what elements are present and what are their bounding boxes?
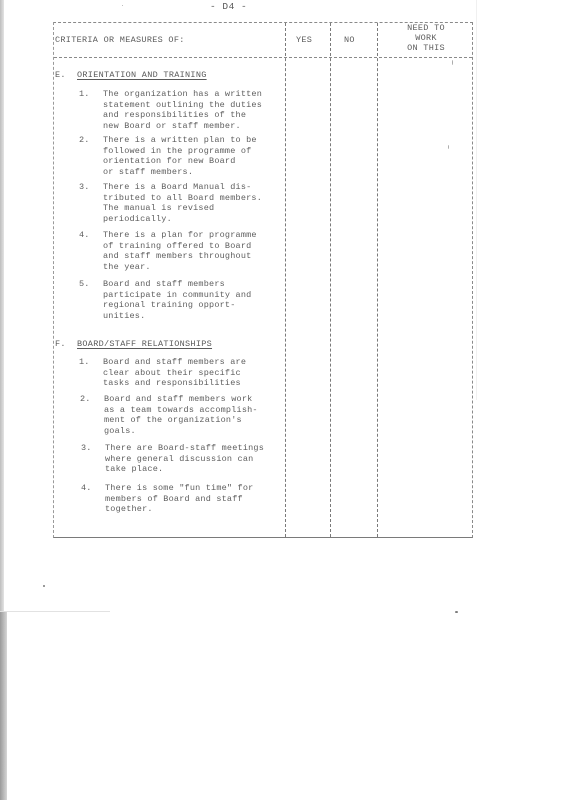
section-title-orientation-training: E.ORIENTATION AND TRAINING <box>55 70 207 80</box>
item-number: 2. <box>79 135 99 146</box>
item-text: There is a plan for programme of trainin… <box>103 230 303 272</box>
scan-speck <box>448 145 449 149</box>
item-number: 5. <box>79 279 99 290</box>
item-text: Board and staff members participate in c… <box>103 279 303 321</box>
section-letter: F. <box>55 339 77 349</box>
criteria-table: CRITERIA OR MEASURES OF: YES NO NEED TO … <box>53 22 473 538</box>
header-divider <box>54 57 472 58</box>
item-text: There is some "fun time" for members of … <box>105 483 305 515</box>
item-text: Board and staff members are clear about … <box>103 357 303 389</box>
item-number: 4. <box>79 230 99 241</box>
scan-fold-line <box>0 611 110 612</box>
section-title-board-staff-relationships: F.BOARD/STAFF RELATIONSHIPS <box>55 339 212 349</box>
item-text: The organization has a written statement… <box>103 89 303 131</box>
section-label: BOARD/STAFF RELATIONSHIPS <box>77 339 212 349</box>
column-divider-no <box>330 23 331 537</box>
page-number: - D4 - <box>210 1 247 12</box>
item-number: 4. <box>81 483 101 494</box>
header-no: NO <box>344 35 355 45</box>
scan-speck <box>122 5 123 6</box>
item-number: 3. <box>81 443 101 454</box>
column-divider-need-to-work <box>377 23 378 537</box>
item-text: There is a Board Manual dis- tributed to… <box>103 182 303 224</box>
item-number: 3. <box>79 182 99 193</box>
section-letter: E. <box>55 70 77 80</box>
header-need-to-work: NEED TO WORK ON THIS <box>379 23 473 53</box>
item-text: There are Board-staff meetings where gen… <box>105 443 305 475</box>
item-text: Board and staff members work as a team t… <box>104 394 304 436</box>
item-text: There is a written plan to be followed i… <box>103 135 303 177</box>
item-number: 1. <box>79 357 99 368</box>
section-label: ORIENTATION AND TRAINING <box>77 70 207 80</box>
header-yes: YES <box>296 35 312 45</box>
header-criteria: CRITERIA OR MEASURES OF: <box>55 35 185 45</box>
scan-speck <box>452 60 453 65</box>
scan-speck <box>43 585 45 587</box>
scan-speck <box>455 611 458 613</box>
item-number: 1. <box>79 89 99 100</box>
scan-lower-edge <box>0 612 7 800</box>
item-number: 2. <box>80 394 100 405</box>
scan-right-edge <box>476 0 477 400</box>
